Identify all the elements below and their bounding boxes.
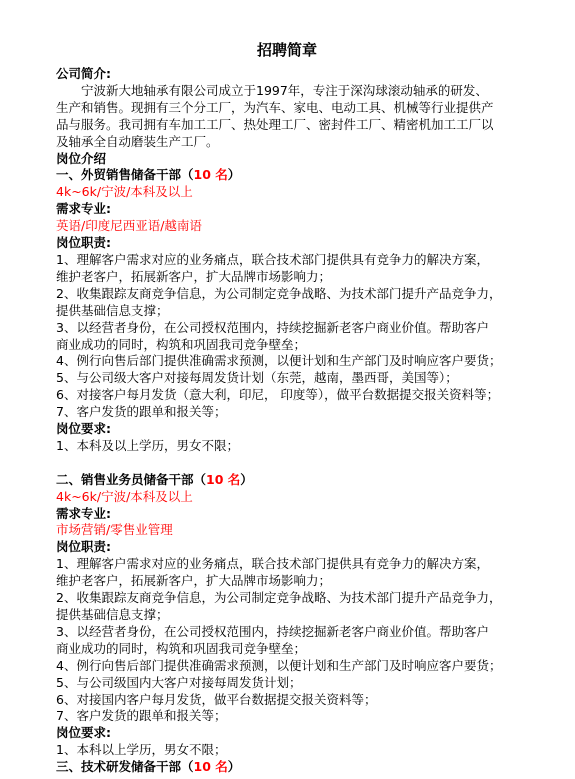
company-intro-heading: 公司简介: bbox=[56, 66, 518, 83]
duty-line: 2、收集跟踪友商竞争信息，为公司制定竞争战略、为技术部门提升产品竞争力， bbox=[56, 286, 518, 303]
blank-line bbox=[56, 455, 518, 472]
requirements-label: 岗位要求: bbox=[56, 725, 518, 742]
duty-line: 1、理解客户需求对应的业务痛点，联合技术部门提供具有竞争力的解决方案， bbox=[56, 556, 518, 573]
duty-line: 2、收集跟踪友商竞争信息，为公司制定竞争战略、为技术部门提升产品竞争力， bbox=[56, 590, 518, 607]
page-title: 招聘简章 bbox=[56, 38, 518, 62]
duty-line: 维护老客户，拓展新客户，扩大品牌市场影响力； bbox=[56, 573, 518, 590]
major-value: 市场营销/零售业管理 bbox=[56, 522, 518, 539]
duty-line: 维护老客户，拓展新客户，扩大品牌市场影响力； bbox=[56, 269, 518, 286]
company-intro-line: 宁波新大地轴承有限公司成立于1997年，专注于深沟球滚动轴承的研发、 bbox=[56, 83, 518, 100]
requirement-line: 1、本科及以上学历，男女不限； bbox=[56, 438, 518, 455]
position-salary-location: 4k~6k/宁波/本科及以上 bbox=[56, 184, 518, 201]
position-headcount: 10 名 bbox=[194, 167, 228, 182]
duty-line: 1、理解客户需求对应的业务痛点，联合技术部门提供具有竞争力的解决方案， bbox=[56, 252, 518, 269]
position-title-suffix: ） bbox=[228, 759, 241, 774]
duty-line: 4、例行向售后部门提供准确需求预测，以便计划和生产部门及时响应客户要货； bbox=[56, 658, 518, 675]
duty-line: 提供基础信息支撑； bbox=[56, 303, 518, 320]
company-intro-line: 及轴承全自动磨装生产工厂。 bbox=[56, 134, 518, 151]
major-value: 英语/印度尼西亚语/越南语 bbox=[56, 218, 518, 235]
position-title: 一、外贸销售储备干部（10 名） bbox=[56, 167, 518, 184]
duty-line: 7、客户发货的跟单和报关等； bbox=[56, 404, 518, 421]
position-title-suffix: ） bbox=[240, 472, 253, 487]
duty-line: 3、以经营者身份，在公司授权范围内，持续挖掘新老客户商业价值。帮助客户 bbox=[56, 320, 518, 337]
duty-line: 商业成功的同时，构筑和巩固我司竞争壁垒； bbox=[56, 337, 518, 354]
duties-label: 岗位职责: bbox=[56, 235, 518, 252]
requirements-label: 岗位要求: bbox=[56, 421, 518, 438]
position-title: 三、技术研发储备干部（10 名） bbox=[56, 759, 518, 776]
duty-line: 6、对接客户每月发货（意大利，印尼， 印度等），做平台数据提交报关资料等； bbox=[56, 387, 518, 404]
duty-line: 7、客户发货的跟单和报关等； bbox=[56, 708, 518, 725]
positions-heading: 岗位介绍 bbox=[56, 151, 518, 168]
position-title: 二、销售业务员储备干部（10 名） bbox=[56, 472, 518, 489]
duty-line: 4、例行向售后部门提供准确需求预测，以便计划和生产部门及时响应客户要货； bbox=[56, 353, 518, 370]
company-intro-line: 品与服务。我司拥有车加工工厂、热处理工厂、密封件工厂、精密机加工工厂以 bbox=[56, 117, 518, 134]
duty-line: 5、与公司级国内大客户对接每周发货计划； bbox=[56, 675, 518, 692]
major-label: 需求专业: bbox=[56, 201, 518, 218]
duty-line: 6、对接国内客户每月发货，做平台数据提交报关资料等； bbox=[56, 692, 518, 709]
position-title-prefix: 一、外贸销售储备干部（ bbox=[56, 167, 194, 182]
duty-line: 3、以经营者身份，在公司授权范围内，持续挖掘新老客户商业价值。帮助客户 bbox=[56, 624, 518, 641]
major-label: 需求专业: bbox=[56, 506, 518, 523]
position-title-prefix: 二、销售业务员储备干部（ bbox=[56, 472, 206, 487]
position-headcount: 10 名 bbox=[194, 759, 228, 774]
duty-line: 5、与公司级大客户对接每周发货计划（东莞，越南，墨西哥，美国等）； bbox=[56, 370, 518, 387]
duty-line: 提供基础信息支撑； bbox=[56, 607, 518, 624]
duty-line: 商业成功的同时，构筑和巩固我司竞争壁垒； bbox=[56, 641, 518, 658]
position-headcount: 10 名 bbox=[206, 472, 240, 487]
requirement-line: 1、本科以上学历，男女不限； bbox=[56, 742, 518, 759]
company-intro-line: 生产和销售。现拥有三个分工厂，为汽车、家电、电动工具、机械等行业提供产 bbox=[56, 100, 518, 117]
position-title-prefix: 三、技术研发储备干部（ bbox=[56, 759, 194, 774]
duties-label: 岗位职责: bbox=[56, 539, 518, 556]
position-title-suffix: ） bbox=[228, 167, 241, 182]
document-page: 招聘简章 公司简介: 宁波新大地轴承有限公司成立于1997年，专注于深沟球滚动轴… bbox=[56, 38, 518, 776]
position-salary-location: 4k~6k/宁波/本科及以上 bbox=[56, 489, 518, 506]
